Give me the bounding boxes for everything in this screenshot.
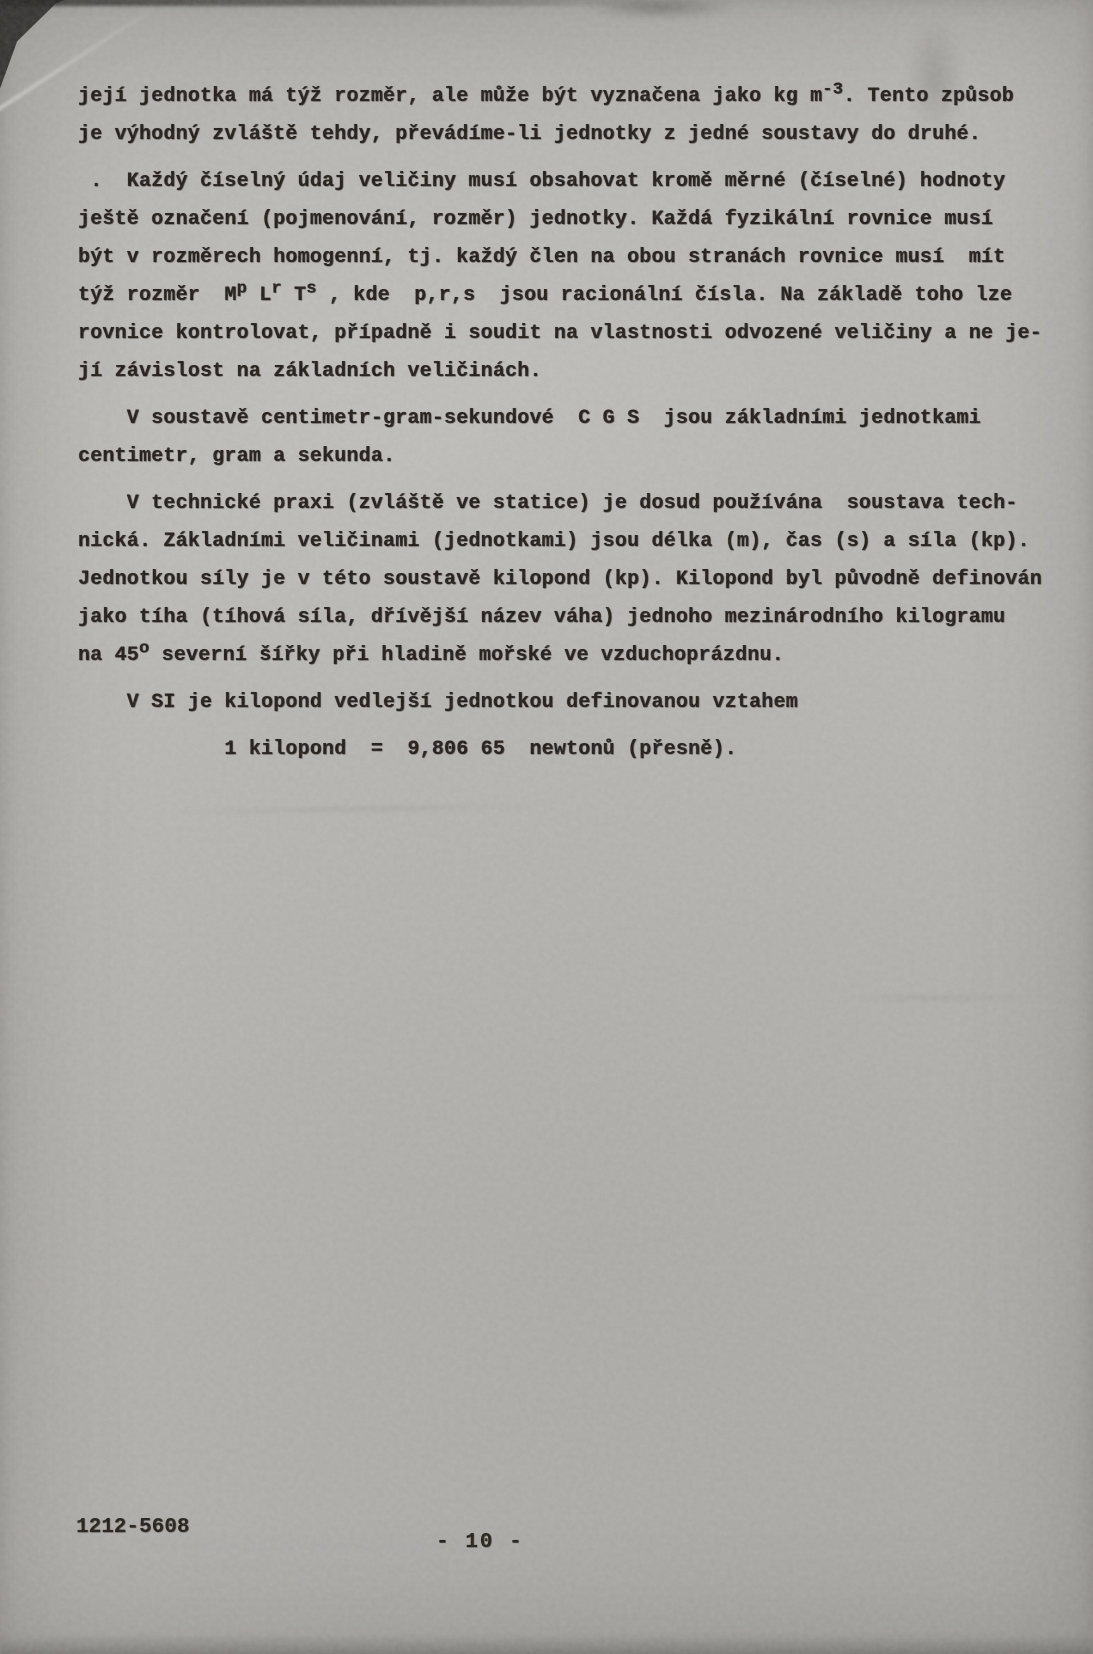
- text-line: V SI je kilopond vedlejší jednotkou defi…: [78, 684, 1058, 722]
- document-number: 1212-5608: [76, 1516, 189, 1539]
- text-run: V SI je kilopond vedlejší jednotkou defi…: [78, 691, 798, 714]
- text-run: týž rozměr M: [78, 284, 237, 307]
- ink-ghosting: [840, 995, 1030, 1001]
- text-line: V technické praxi (zvláště ve statice) j…: [78, 485, 1058, 523]
- text-line: Jednotkou síly je v této soustavě kilopo…: [78, 561, 1058, 599]
- text-line: centimetr, gram a sekunda.: [78, 438, 1058, 476]
- text-line: jí závislost na základních veličinách.: [78, 353, 1058, 391]
- text-line: nická. Základními veličinami (jednotkami…: [78, 523, 1058, 561]
- text-run: rovnice kontrolovat, případně i soudit n…: [78, 322, 1042, 345]
- text-line: její jednotka má týž rozměr, ale může bý…: [78, 78, 1058, 116]
- text-run: být v rozměrech homogenní, tj. každý čle…: [78, 246, 1005, 269]
- text-run: nická. Základními veličinami (jednotkami…: [78, 530, 1030, 553]
- paper-smudge: [585, 0, 735, 20]
- text-run: na 45: [78, 644, 139, 667]
- ink-ghosting: [150, 802, 570, 815]
- text-line: být v rozměrech homogenní, tj. každý čle…: [78, 239, 1058, 277]
- text-run: ještě označení (pojmenování, rozměr) jed…: [78, 208, 993, 231]
- text-run: je výhodný zvláště tehdy, převádíme-li j…: [78, 123, 981, 146]
- page-top-edge-shadow: [0, 0, 660, 6]
- text-run: V soustavě centimetr-gram-sekundové C G …: [78, 407, 981, 430]
- typewritten-text-block: její jednotka má týž rozměr, ale může bý…: [78, 78, 1058, 769]
- text-line: ještě označení (pojmenování, rozměr) jed…: [78, 201, 1058, 239]
- superscript: p: [237, 270, 247, 308]
- text-run: severní šířky při hladině mořské ve vzdu…: [149, 644, 784, 667]
- text-run: , kde p,r,s jsou racionální čísla. Na zá…: [317, 284, 1013, 307]
- text-run: její jednotka má týž rozměr, ale může bý…: [78, 85, 822, 108]
- text-line: jako tíha (tíhová síla, dřívější název v…: [78, 599, 1058, 637]
- text-run: 1 kilopond = 9,806 65 newtonů (přesně).: [78, 738, 737, 761]
- text-run: V technické praxi (zvláště ve statice) j…: [78, 492, 1018, 515]
- page-bottom-edge-shadow: [0, 1634, 1093, 1654]
- text-line: V soustavě centimetr-gram-sekundové C G …: [78, 400, 1058, 438]
- text-run: . Každý číselný údaj veličiny musí obsah…: [78, 170, 1005, 193]
- text-line: je výhodný zvláště tehdy, převádíme-li j…: [78, 116, 1058, 154]
- text-run: jako tíha (tíhová síla, dřívější název v…: [78, 606, 1005, 629]
- text-line: 1 kilopond = 9,806 65 newtonů (přesně).: [78, 731, 1058, 769]
- text-run: L: [247, 284, 271, 307]
- page-number: - 10 -: [436, 1531, 524, 1554]
- text-run: Jednotkou síly je v této soustavě kilopo…: [78, 568, 1042, 591]
- text-line: rovnice kontrolovat, případně i soudit n…: [78, 315, 1058, 353]
- superscript: -3: [822, 71, 843, 109]
- scanned-page: její jednotka má týž rozměr, ale může bý…: [0, 0, 1093, 1654]
- superscript: o: [139, 630, 149, 668]
- superscript: r: [271, 270, 281, 308]
- text-run: centimetr, gram a sekunda.: [78, 445, 395, 468]
- text-run: jí závislost na základních veličinách.: [78, 360, 542, 383]
- text-line: na 45o severní šířky při hladině mořské …: [78, 637, 1058, 675]
- superscript: s: [306, 270, 316, 308]
- text-run: . Tento způsob: [843, 85, 1014, 108]
- text-line: . Každý číselný údaj veličiny musí obsah…: [78, 163, 1058, 201]
- text-run: T: [282, 284, 306, 307]
- text-line: týž rozměr Mp Lr Ts , kde p,r,s jsou rac…: [78, 277, 1058, 315]
